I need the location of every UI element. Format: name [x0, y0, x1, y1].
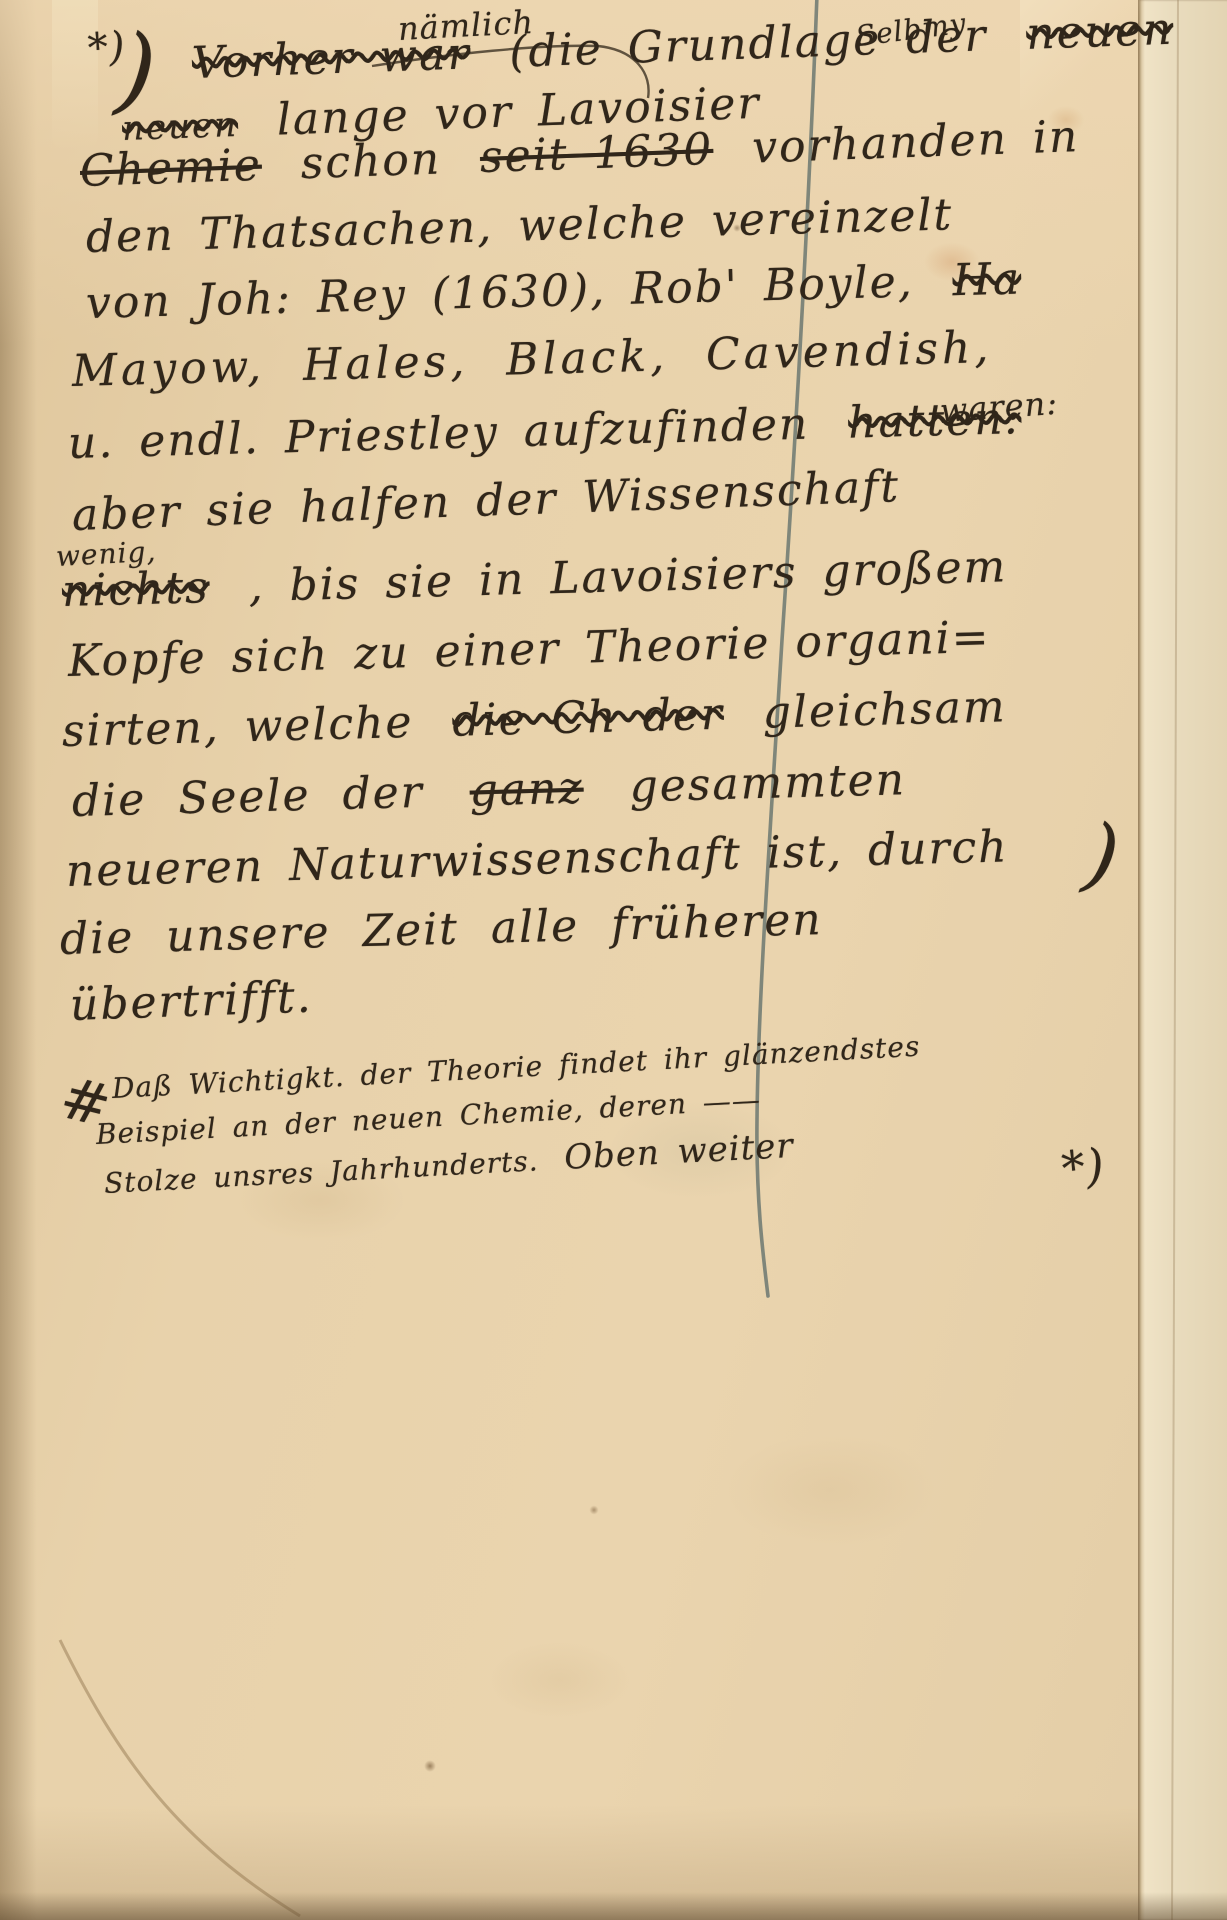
text-segment: übertrifft.	[69, 972, 313, 1031]
struck-segment: Vorher war	[191, 28, 471, 89]
struck-segment: die Ch der	[452, 689, 725, 747]
footnote-end-star: *)	[1059, 1138, 1107, 1196]
struck-segment: Chemie	[79, 140, 263, 197]
struck-segment: Ha	[952, 254, 1022, 307]
text-segment: gesammten	[629, 754, 907, 812]
crease-line	[60, 1640, 300, 1916]
text-segment: die Seele der	[71, 767, 424, 827]
edge-crease	[1172, 0, 1178, 1920]
text-segment: sirten, welche	[61, 697, 414, 757]
struck-segment: nichts	[61, 562, 210, 617]
text-segment: schon	[300, 133, 442, 189]
text-segment: gleichsam	[762, 681, 1007, 738]
bottom-shadow	[0, 1892, 1227, 1920]
manuscript-page: *) ) nämlich Selbmy Vorher war (die Grun…	[0, 0, 1227, 1920]
manuscript-line-15: übertrifft.	[69, 971, 327, 1031]
struck-segment: ganz	[469, 763, 584, 817]
struck-segment: seit 1630	[479, 124, 714, 183]
struck-segment: neuen	[1025, 4, 1174, 60]
